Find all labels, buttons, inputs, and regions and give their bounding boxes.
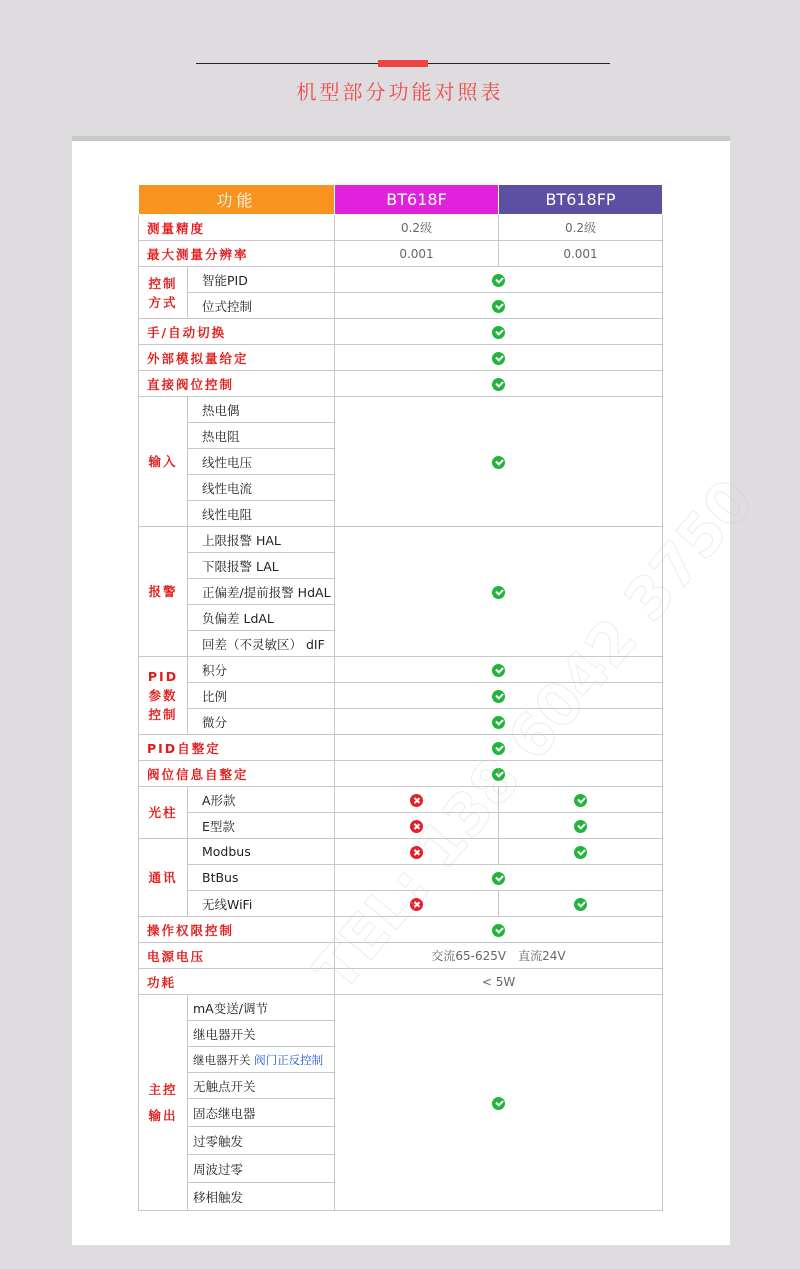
group-label-line: 控制 [139, 705, 187, 724]
sub-label: 线性电阻 [188, 501, 335, 527]
row-label: PID自整定 [139, 735, 335, 761]
sub-label: 上限报警 HAL [188, 527, 335, 553]
check-icon [574, 794, 587, 807]
sub-label: 位式控制 [188, 293, 335, 319]
table-row: 操作权限控制 [139, 917, 663, 943]
group-label-line: 输出 [139, 1103, 187, 1129]
check-icon [492, 1097, 505, 1110]
table-row: PID 参数 控制 积分 [139, 657, 663, 683]
sub-label: 积分 [188, 657, 335, 683]
table-row: 电源电压 交流65-625V 直流24V [139, 943, 663, 969]
table-row: 直接阀位控制 [139, 371, 663, 397]
group-label-line: 参数 [139, 686, 187, 705]
check-icon [574, 846, 587, 859]
sub-label: 智能PID [188, 267, 335, 293]
table-row: 通讯 Modbus [139, 839, 663, 865]
sub-label: 移相触发 [188, 1183, 335, 1211]
sub-label: 比例 [188, 683, 335, 709]
check-icon [492, 768, 505, 781]
check-icon [492, 664, 505, 677]
sub-label: Modbus [188, 839, 335, 865]
group-label: PID 参数 控制 [139, 657, 188, 735]
check-icon [492, 326, 505, 339]
cell-value: 0.2级 [499, 215, 663, 241]
group-label: 输入 [139, 397, 188, 527]
check-icon [492, 716, 505, 729]
sub-label: 微分 [188, 709, 335, 735]
table-row: PID自整定 [139, 735, 663, 761]
feature-comparison-table: 功能 BT618F BT618FP 测量精度 0.2级 0.2级 最大测量分辨率… [138, 184, 663, 1211]
sub-label: 周波过零 [188, 1155, 335, 1183]
table-row: 位式控制 [139, 293, 663, 319]
table-row: 测量精度 0.2级 0.2级 [139, 215, 663, 241]
group-label: 报警 [139, 527, 188, 657]
sub-label: 过零触发 [188, 1127, 335, 1155]
check-icon [492, 456, 505, 469]
table-row: 手/自动切换 [139, 319, 663, 345]
cross-icon [410, 898, 423, 911]
row-label: 直接阀位控制 [139, 371, 335, 397]
table-row: 最大测量分辨率 0.001 0.001 [139, 241, 663, 267]
group-label-line: 主控 [139, 1077, 187, 1103]
page-title: 机型部分功能对照表 [0, 76, 800, 105]
table-row: 外部模拟量给定 [139, 345, 663, 371]
check-icon [492, 274, 505, 287]
table-row: E型款 [139, 813, 663, 839]
sub-label: BtBus [188, 865, 335, 891]
check-icon [574, 820, 587, 833]
cell-value: 0.001 [335, 241, 499, 267]
sub-label: E型款 [188, 813, 335, 839]
cell-value: 0.001 [499, 241, 663, 267]
cell-value: < 5W [335, 969, 663, 995]
header-feature: 功能 [139, 185, 335, 215]
check-icon [492, 742, 505, 755]
check-icon [492, 690, 505, 703]
group-label: 光柱 [139, 787, 188, 839]
check-icon [492, 378, 505, 391]
header-model-bt618fp: BT618FP [499, 185, 663, 215]
sub-label: 负偏差 LdAL [188, 605, 335, 631]
sub-label: mA变送/调节 [188, 995, 335, 1021]
cross-icon [410, 794, 423, 807]
sub-label-text: 继电器开关 [193, 1053, 251, 1067]
row-label: 功耗 [139, 969, 335, 995]
sub-label: 固态继电器 [188, 1099, 335, 1127]
comparison-card: 功能 BT618F BT618FP 测量精度 0.2级 0.2级 最大测量分辨率… [72, 136, 730, 1245]
check-icon [492, 352, 505, 365]
sub-label: 继电器开关 [188, 1021, 335, 1047]
table-row: 无线WiFi [139, 891, 663, 917]
header-model-bt618f: BT618F [335, 185, 499, 215]
check-icon [492, 300, 505, 313]
table-row: 微分 [139, 709, 663, 735]
row-label: 测量精度 [139, 215, 335, 241]
table-row: 光柱 A形款 [139, 787, 663, 813]
row-label: 阀位信息自整定 [139, 761, 335, 787]
highlight-text: 阀门正反控制 [254, 1053, 323, 1067]
row-label: 手/自动切换 [139, 319, 335, 345]
check-icon [492, 586, 505, 599]
sub-label: 回差（不灵敏区） dIF [188, 631, 335, 657]
check-icon [492, 872, 505, 885]
group-label: 主控 输出 [139, 995, 188, 1211]
table-row: 主控 输出 mA变送/调节 [139, 995, 663, 1021]
row-label: 外部模拟量给定 [139, 345, 335, 371]
row-label: 操作权限控制 [139, 917, 335, 943]
sub-label: 继电器开关 阀门正反控制 [188, 1047, 335, 1073]
table-row: 控制方式 智能PID [139, 267, 663, 293]
group-label-line: PID [139, 667, 187, 686]
check-icon [492, 924, 505, 937]
table-row: 报警 上限报警 HAL [139, 527, 663, 553]
cross-icon [410, 820, 423, 833]
table-row: 阀位信息自整定 [139, 761, 663, 787]
sub-label: 无线WiFi [188, 891, 335, 917]
group-label: 控制方式 [139, 267, 188, 319]
cell-value: 0.2级 [335, 215, 499, 241]
sub-label: 线性电压 [188, 449, 335, 475]
sub-label: 线性电流 [188, 475, 335, 501]
sub-label: 热电阻 [188, 423, 335, 449]
group-label: 通讯 [139, 839, 188, 917]
table-header-row: 功能 BT618F BT618FP [139, 185, 663, 215]
table-row: 比例 [139, 683, 663, 709]
sub-label: 热电偶 [188, 397, 335, 423]
title-accent-bar [378, 60, 428, 67]
row-label: 最大测量分辨率 [139, 241, 335, 267]
row-label: 电源电压 [139, 943, 335, 969]
table-row: 输入 热电偶 [139, 397, 663, 423]
check-icon [574, 898, 587, 911]
sub-label: 无触点开关 [188, 1073, 335, 1099]
table-row: 功耗 < 5W [139, 969, 663, 995]
sub-label: 正偏差/提前报警 HdAL [188, 579, 335, 605]
table-row: BtBus [139, 865, 663, 891]
sub-label: A形款 [188, 787, 335, 813]
cross-icon [410, 846, 423, 859]
cell-value: 交流65-625V 直流24V [335, 943, 663, 969]
sub-label: 下限报警 LAL [188, 553, 335, 579]
